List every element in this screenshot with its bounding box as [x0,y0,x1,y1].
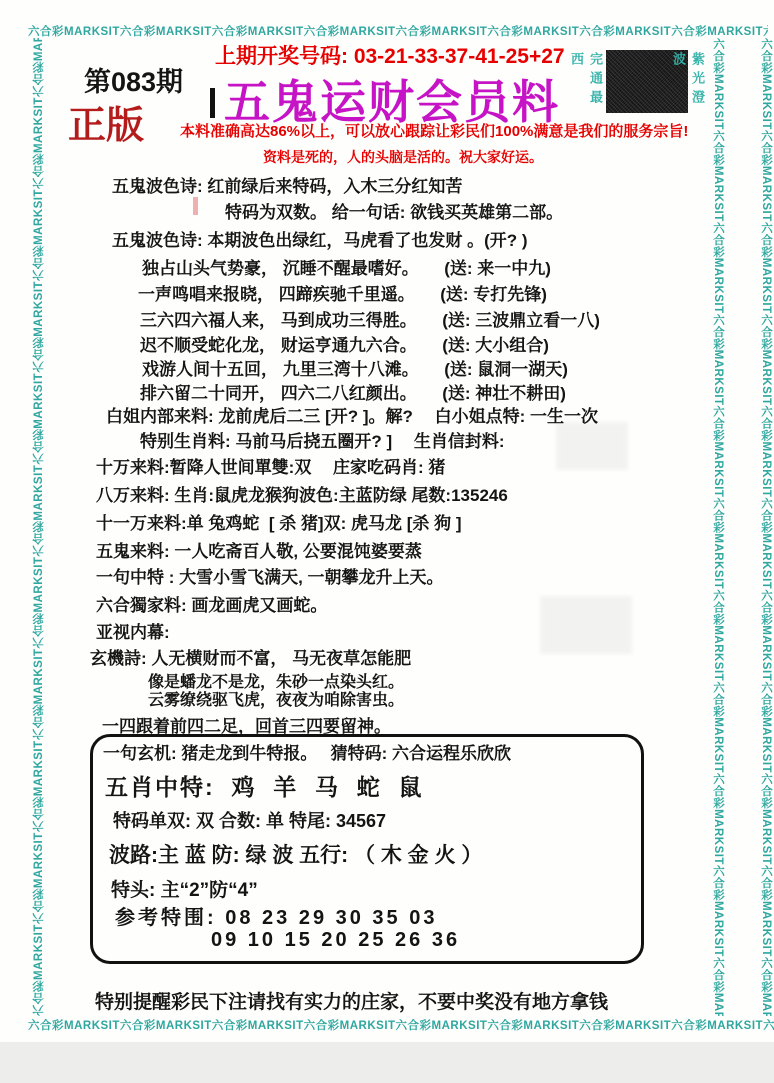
edition-label: 正版 [68,94,144,149]
mystery-poem-label: 玄機詩: 人无横财而不富， 马无夜草怎能肥 [90,644,411,669]
bleed-artifact [540,596,632,654]
lottery-tip-sheet: 六合彩MARKSIT六合彩MARKSIT六合彩MARKSIT六合彩MARKSIT… [0,0,774,1083]
reference-numbers-row1: 参考特围: 08 23 29 30 35 03 [115,901,437,930]
watermark-bottom: 六合彩MARKSIT六合彩MARKSIT六合彩MARKSIT六合彩MARKSIT… [28,1018,774,1034]
head-number-line: 特头: 主“2”防“4” [111,875,258,902]
tip-line: 亚视内幕: [96,618,170,643]
page-bottom-margin [0,1042,774,1083]
reference-numbers-row2: 09 10 15 20 25 26 36 [211,929,460,952]
tip-line: 白姐内部来料: 龙前虎后二三 [开? ]。解? 白小姐点特: 一生一次 [106,402,598,427]
poem-line: 五鬼波色诗: 本期波色出绿红，马虎看了也发财 。(开? ) [112,226,528,251]
poem-line: 迟不顺受蛇化龙， 财运亨通九六合。 (送: 大小组合) [140,331,549,356]
poem-line: 三六四六福人来， 马到成功三得胜。 (送: 三波鼎立看一八) [140,306,600,331]
poem-line: 一声鸣唱来报晓， 四蹄疾驰千里遥。 (送: 专打先锋) [138,280,547,305]
accuracy-slogan: 本料准确高达86%以上，可以放心跟踪让彩民们100%满意是我们的服务宗旨! [180,120,688,141]
poem-line: 云雾缭绕驱飞虎，夜夜为咱除害虫。 [148,687,404,710]
tip-line: 六合獨家料: 画龙画虎又画蛇。 [96,591,327,616]
watermark-right-edge: 六合彩MARKSIT六合彩MARKSIT六合彩MARKSIT六合彩MARKSIT… [758,38,774,1016]
footer-warning: 特别提醒彩民下注请找有实力的庄家，不要中奖没有地方拿钱 [95,987,608,1014]
mystery-hint-line: 一句玄机: 猪走龙到牛特报。 猜特码: 六合运程乐欣欣 [103,739,511,764]
tip-line: 八万来料: 生肖:鼠虎龙猴狗波色:主蓝防绿 尾数:135246 [96,481,508,506]
title-bar-mark [210,88,215,118]
odd-even-line: 特码单双: 双 合数: 单 特尾: 34567 [113,807,386,833]
tip-line: 十一万来料:单 兔鸡蛇 [ 杀 猪]双: 虎马龙 [杀 狗 ] [96,509,461,534]
tip-line: 十万来料:暂降人世间單雙:双 庄家吃码肖: 猪 [96,453,445,478]
qr-caption-right: 紫光澄波 [692,52,707,114]
poem-line: 排六留二十同开， 四六二八红颜出。 (送: 神壮不耕田) [140,379,566,404]
watermark-top: 六合彩MARKSIT六合彩MARKSIT六合彩MARKSIT六合彩MARKSIT… [28,24,768,40]
poem-line: 五鬼波色诗: 红前绿后来特码，入木三分红知苦 [112,172,462,197]
wave-element-line: 波路:主 蓝 防: 绿 波 五行: （ 木 金 火 ） [109,839,482,869]
luck-slogan: 资料是死的，人的头脑是活的。祝大家好运。 [263,147,543,167]
tip-line: 特别生肖料: 马前马后挠五圈开? ] 生肖信封料: [140,427,505,452]
qr-caption-left: 完通最西 [590,52,605,114]
prediction-summary-box: 一句玄机: 猪走龙到牛特报。 猜特码: 六合运程乐欣欣 五肖中特: 鸡 羊 马 … [90,734,644,964]
bleed-artifact [556,422,628,470]
watermark-right: 六合彩MARKSIT六合彩MARKSIT六合彩MARKSIT六合彩MARKSIT… [710,38,726,1016]
watermark-left: 六合彩MARKSIT六合彩MARKSIT六合彩MARKSIT六合彩MARKSIT… [31,38,47,1016]
poem-line: 戏游人间十五回， 九里三湾十八滩。 (送: 鼠洞一湖天) [142,355,568,380]
tip-line: 五鬼来料: 一人吃斋百人敬, 公要混饨婆要蒸 [96,537,422,562]
tip-line: 一句中特 : 大雪小雪飞满天, 一朝攀龙升上天。 [96,563,444,588]
poem-line: 特码为双数。 给一句话: 欲钱买英雄第二部。 [225,198,563,223]
pink-bar-mark [193,197,198,215]
poem-line: 独占山头气势豪， 沉睡不醒最嗜好。 (送: 来一中九) [142,254,551,279]
five-zodiac-line: 五肖中特: 鸡 羊 马 蛇 鼠 [105,769,424,802]
